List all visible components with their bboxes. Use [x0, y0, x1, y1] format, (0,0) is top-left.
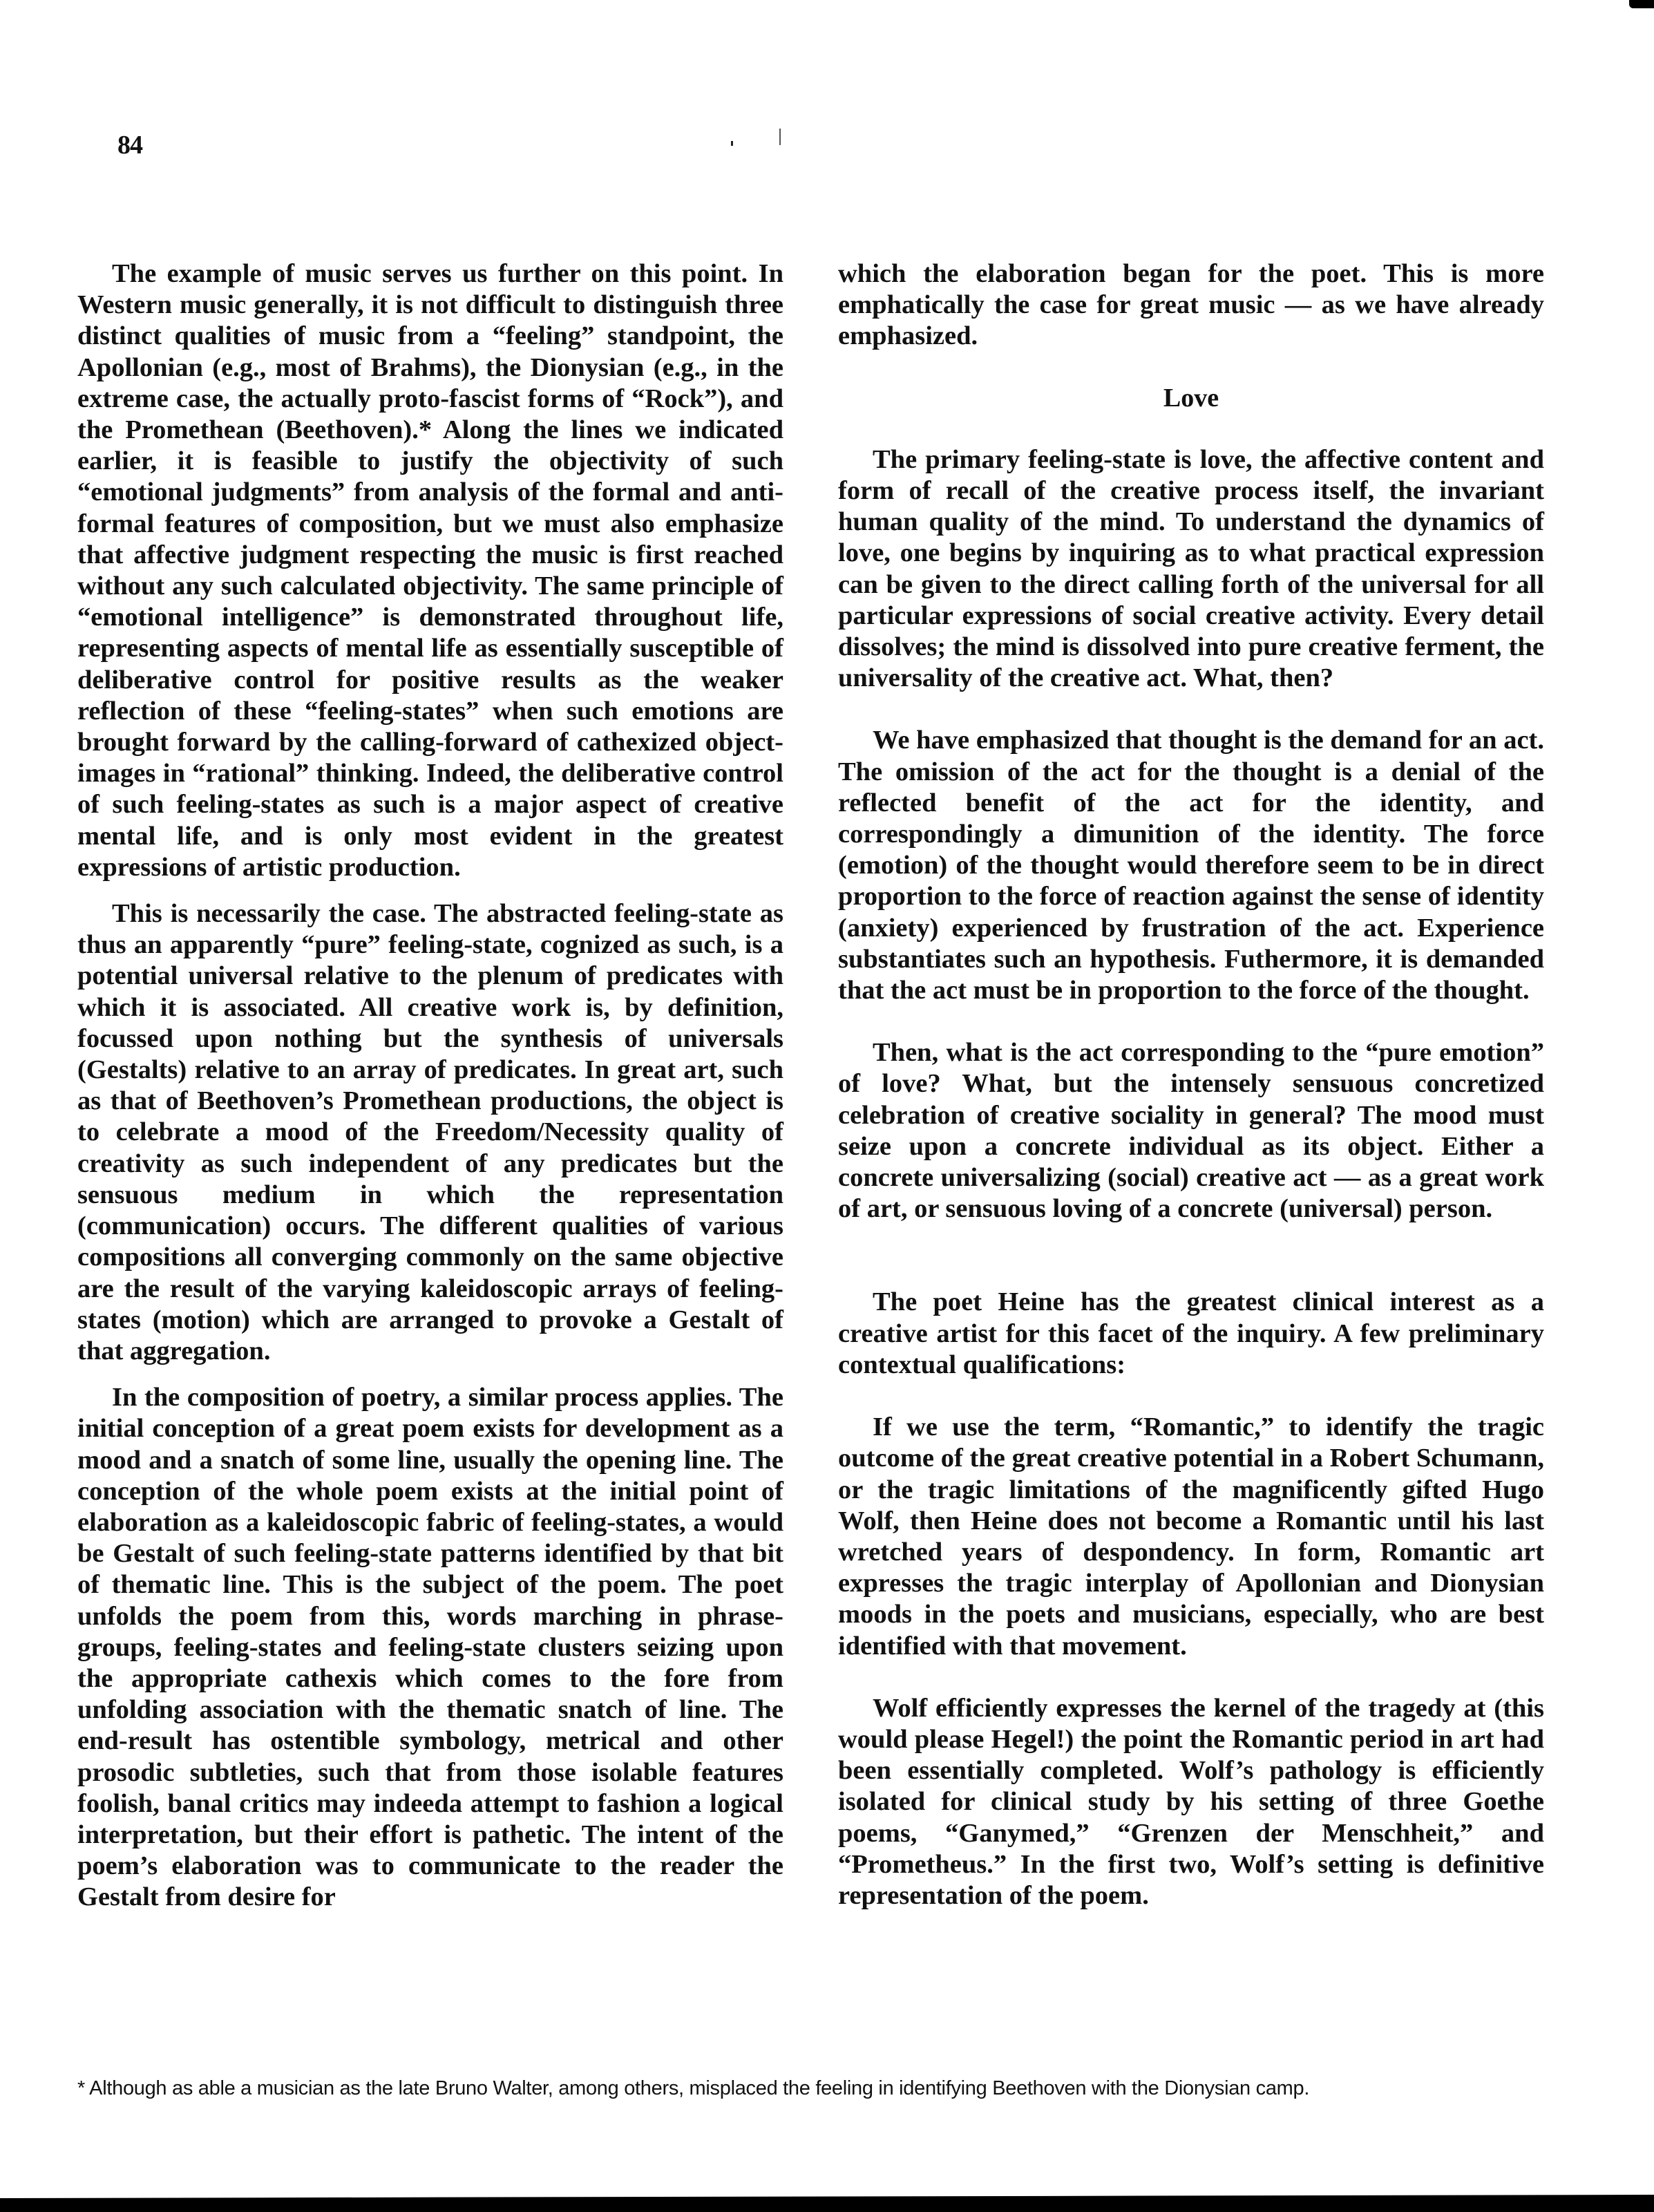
emphasis-love: love: [1200, 445, 1246, 474]
paragraph-gap: [77, 1367, 783, 1382]
paragraph-gap: [838, 1381, 1544, 1412]
emphasis-abstracted: abstracted: [486, 899, 606, 928]
paragraph-gap: [838, 1225, 1544, 1287]
emphasis-gestalts: Gestalts: [86, 1055, 178, 1084]
paragraph-pure-emotion: Then, what is the act corresponding to t…: [838, 1037, 1544, 1225]
paragraph-continuation: which the elaboration began for the poet…: [838, 258, 1544, 352]
paragraph-abstracted-feeling-state: This is necessarily the case. The abstra…: [77, 898, 783, 1367]
paragraph-romantic: If we use the term, “Romantic,” to ident…: [838, 1412, 1544, 1662]
footnote-marker: *: [77, 2077, 85, 2099]
section-heading-love: Love: [838, 383, 1544, 414]
scan-artifact: [731, 141, 733, 146]
scan-artifact: [779, 129, 781, 145]
paragraph-poetry-composition: In the composition of poetry, a similar …: [77, 1382, 783, 1913]
paragraph-music-qualities: The example of music serves us further o…: [77, 258, 783, 883]
left-column: The example of music serves us further o…: [77, 258, 783, 1913]
right-column: which the elaboration began for the poet…: [838, 258, 1544, 1911]
footnote-text: Although as able a musician as the late …: [89, 2077, 1309, 2099]
scan-edge-bar: [0, 2195, 1654, 2212]
paragraph-gap: [838, 1662, 1544, 1693]
paragraph-heine: The poet Heine has the greatest clinical…: [838, 1287, 1544, 1381]
paragraph-gap: [77, 883, 783, 898]
scan-artifact: [1629, 0, 1654, 8]
emphasis-subject-of-poem: This is the subject of the poem.: [283, 1570, 666, 1599]
paragraph-gap: [838, 1006, 1544, 1037]
paragraph-love: The primary feeling-state is love, the a…: [838, 444, 1544, 694]
paragraph-thought-act: We have emphasized that thought is the d…: [838, 725, 1544, 1006]
paragraph-gap: [838, 694, 1544, 725]
page-number: 84: [117, 130, 142, 160]
footnote: * Although as able a musician as the lat…: [77, 2077, 1563, 2100]
emphasis-motion: motion: [162, 1305, 242, 1334]
paragraph-wolf: Wolf efficiently expresses the kernel of…: [838, 1693, 1544, 1911]
